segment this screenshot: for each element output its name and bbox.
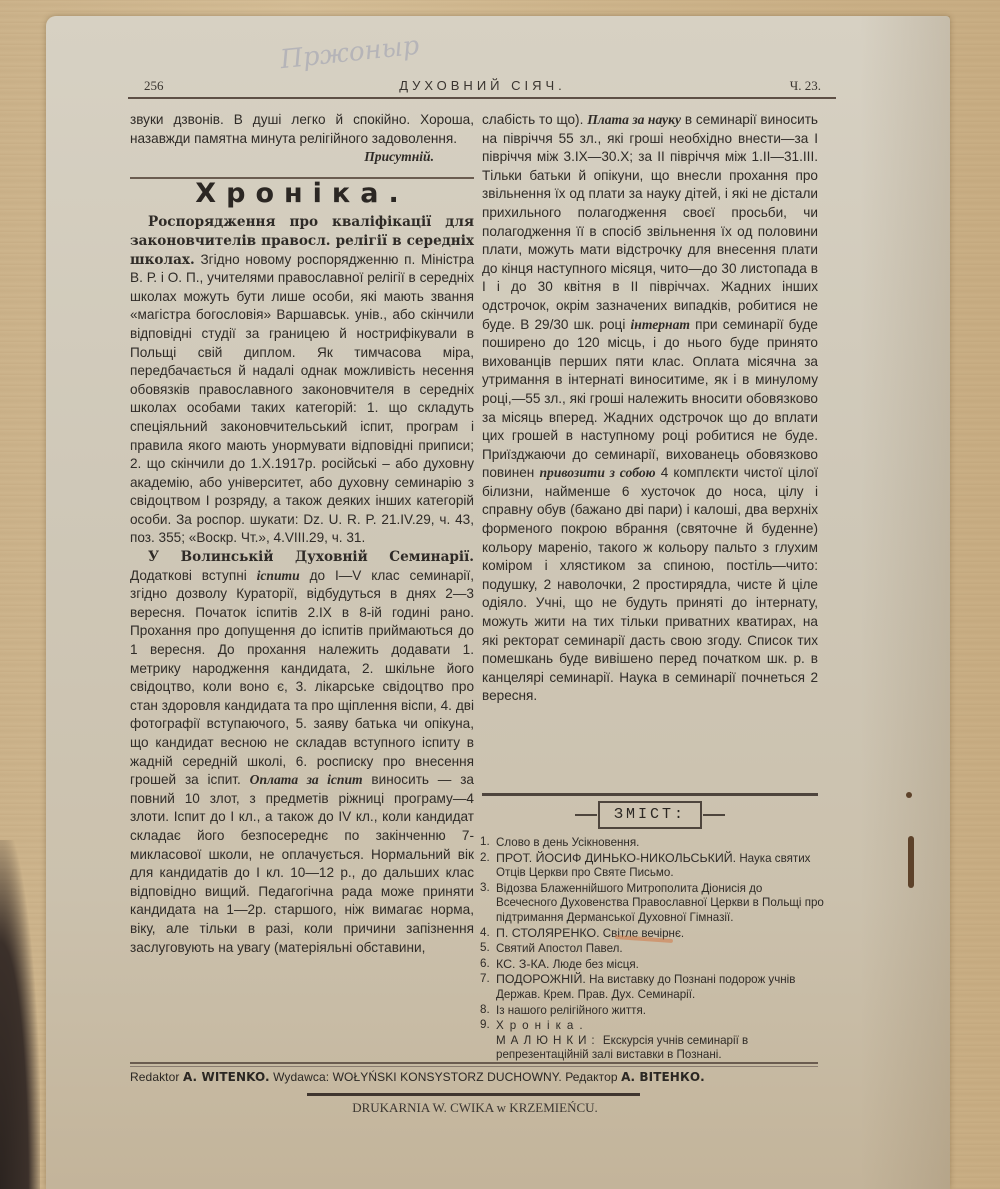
article-qualifications: Роспорядження про кваліфікації для закон… bbox=[130, 213, 474, 548]
publisher-name: WOŁYŃSKI KONSYSTORZ DUCHOWNY. bbox=[333, 1070, 562, 1084]
illustrations-label: МАЛЮНКИ: bbox=[496, 1034, 600, 1047]
issue-number: Ч. 23. bbox=[790, 78, 821, 94]
illustrations-note: МАЛЮНКИ: Екскурсія учнів семинарії в реп… bbox=[480, 1034, 825, 1063]
contents-item: 8. Із нашого релігійного життя. bbox=[480, 1003, 825, 1019]
right-column: слабість то що). Плата за науку в семина… bbox=[482, 111, 818, 706]
paper-tear-mark bbox=[906, 792, 912, 798]
contents-item: 7. ПОДОРОЖНІЙ. На виставку до Познані по… bbox=[480, 972, 825, 1002]
article-body: Згідно новому роспорядженню п. Міністра … bbox=[130, 252, 474, 546]
article-seminary: У Волинській Духовній Семинарії. Додатко… bbox=[130, 548, 474, 957]
contents-item: 1. Слово в день Усікновення. bbox=[480, 835, 825, 851]
dark-object-corner bbox=[0, 840, 40, 1189]
printer-line: DRUKARNIA W. CWIKA w KRZEMIEŃCU. bbox=[300, 1100, 650, 1116]
intro-paragraph: звуки дзвонів. В душі легко й спокійно. … bbox=[130, 111, 474, 148]
left-column: звуки дзвонів. В душі легко й спокійно. … bbox=[130, 111, 474, 957]
contents-item: 3. Відозва Блаженнійшого Митрополита Діо… bbox=[480, 881, 825, 926]
article-heading: У Волинській Духовній Семинарії. bbox=[148, 549, 474, 565]
editor-name: A. WITENKO. bbox=[183, 1070, 270, 1084]
printer-rule bbox=[307, 1093, 640, 1096]
contents-heading: ЗМІСТ: bbox=[598, 801, 702, 829]
contents-item: 6. КС. З-КА. Люде без місця. bbox=[480, 957, 825, 973]
footer-rule-thin bbox=[130, 1066, 818, 1067]
header-rule bbox=[128, 97, 836, 99]
contents-item: 9. Хроніка. bbox=[480, 1018, 825, 1034]
imprint-line: Redaktor A. WITENKO. Wydawca: WOŁYŃSKI K… bbox=[130, 1070, 820, 1084]
table-of-contents: 1. Слово в день Усікновення. 2. ПРОТ. ЙО… bbox=[480, 835, 825, 1063]
paper-tear-mark bbox=[908, 836, 914, 888]
publication-title: ДУХОВНИЙ СІЯЧ. bbox=[130, 78, 835, 93]
article-seminary-continued: слабість то що). Плата за науку в семина… bbox=[482, 111, 818, 706]
editor-name-ua: А. ВІТЕНКО. bbox=[621, 1070, 705, 1084]
contents-heading-box: ЗМІСТ: bbox=[575, 801, 725, 827]
contents-item: 2. ПРОТ. ЙОСИФ ДИНЬКО-НИКОЛЬСЬКИЙ. Наука… bbox=[480, 851, 825, 881]
contents-top-rule bbox=[482, 793, 818, 796]
section-title-chronicle: Хроніка. bbox=[130, 185, 474, 204]
footer-rule bbox=[130, 1062, 818, 1064]
intro-signature: Присутній. bbox=[130, 148, 474, 167]
contents-item: 5. Святий Апостол Павел. bbox=[480, 941, 825, 957]
